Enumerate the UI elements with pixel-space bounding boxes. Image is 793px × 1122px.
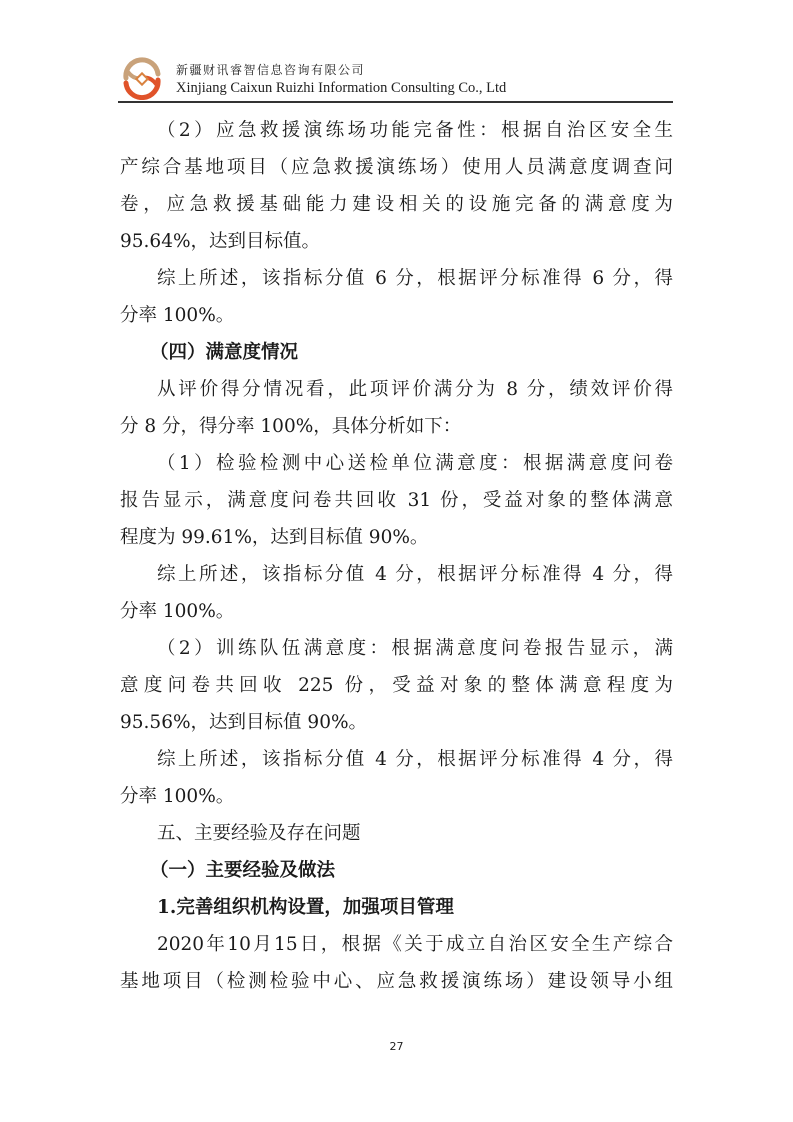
document-body: （2）应急救援演练场功能完备性：根据自治区安全生 产综合基地项目（应急救援演练场… [120,112,673,1000]
chapter-heading: 五、主要经验及存在问题 [120,815,673,852]
text-line: （2）训练队伍满意度：根据满意度问卷报告显示，满 [120,630,673,667]
section-heading: （一）主要经验及做法 [120,852,673,889]
text-line: 2020年10月15日，根据《关于成立自治区安全生产综合 [120,926,673,963]
paragraph: 从评价得分情况看，此项评价满分为 8 分，绩效评价得 分 8 分，得分率 100… [120,371,673,445]
text-line: 分率 100%。 [120,593,673,630]
text-line: 产综合基地项目（应急救援演练场）使用人员满意度调查问 [120,149,673,186]
paragraph: 综上所述，该指标分值 6 分，根据评分标准得 6 分，得 分率 100%。 [120,260,673,334]
text-line: 基地项目（检测检验中心、应急救援演练场）建设领导小组 [120,963,673,1000]
text-line: 分率 100%。 [120,778,673,815]
text-line: （2）应急救援演练场功能完备性：根据自治区安全生 [120,112,673,149]
text-line: 从评价得分情况看，此项评价满分为 8 分，绩效评价得 [120,371,673,408]
text-line: 分率 100%。 [120,297,673,334]
text-line: 意度问卷共回收 225 份，受益对象的整体满意程度为 [120,667,673,704]
page-number: 27 [0,1040,793,1053]
paragraph: 综上所述，该指标分值 4 分，根据评分标准得 4 分，得 分率 100%。 [120,556,673,630]
text-line: 卷，应急救援基础能力建设相关的设施完备的满意度为 [120,186,673,223]
paragraph: （2）训练队伍满意度：根据满意度问卷报告显示，满 意度问卷共回收 225 份，受… [120,630,673,741]
text-line: （1）检验检测中心送检单位满意度：根据满意度问卷 [120,445,673,482]
section-heading: （四）满意度情况 [120,334,673,371]
paragraph: 2020年10月15日，根据《关于成立自治区安全生产综合 基地项目（检测检验中心… [120,926,673,1000]
subsection-heading: 1.完善组织机构设置，加强项目管理 [120,889,673,926]
document-header: 新疆财讯睿智信息咨询有限公司 Xinjiang Caixun Ruizhi In… [118,50,673,102]
text-line: 综上所述，该指标分值 4 分，根据评分标准得 4 分，得 [120,741,673,778]
text-line: 95.64%，达到目标值。 [120,223,673,260]
company-logo-icon [120,56,164,100]
paragraph: （1）检验检测中心送检单位满意度：根据满意度问卷 报告显示，满意度问卷共回收 3… [120,445,673,556]
text-line: 综上所述，该指标分值 4 分，根据评分标准得 4 分，得 [120,556,673,593]
company-name-cn: 新疆财讯睿智信息咨询有限公司 [176,61,365,78]
text-line: 分 8 分，得分率 100%，具体分析如下： [120,408,673,445]
text-line: 综上所述，该指标分值 6 分，根据评分标准得 6 分，得 [120,260,673,297]
text-line: 程度为 99.61%，达到目标值 90%。 [120,519,673,556]
company-name-en: Xinjiang Caixun Ruizhi Information Consu… [176,80,506,97]
text-line: 报告显示，满意度问卷共回收 31 份，受益对象的整体满意 [120,482,673,519]
paragraph: （2）应急救援演练场功能完备性：根据自治区安全生 产综合基地项目（应急救援演练场… [120,112,673,260]
text-line: 95.56%，达到目标值 90%。 [120,704,673,741]
paragraph: 综上所述，该指标分值 4 分，根据评分标准得 4 分，得 分率 100%。 [120,741,673,815]
header-rule [118,101,673,103]
